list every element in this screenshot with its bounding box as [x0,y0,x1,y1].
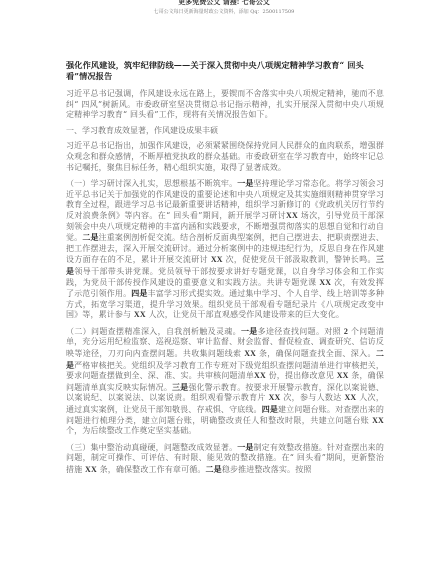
count-value: XX [372,416,384,425]
count-value: XX [134,310,146,319]
keyword: 二是 [82,232,98,242]
count-value: XX [254,371,266,380]
text: 次，促使党员干部汲取教训，警钟长鸣。 [226,255,376,264]
subsection-2-heading: （二）问题查摆精准深入，自我剖析触及灵魂。 [66,327,241,336]
count-value: XX [337,371,349,380]
keyword: 三是 [172,382,188,392]
keyword: 二是 [206,464,222,474]
count-value: XX [244,349,256,358]
keyword: 一是 [237,442,253,452]
intro-paragraph: 习近平总书记强调，作风建设永远在路上，要锲而不舍落实中央八项规定精神，驰而不息纠… [66,89,384,121]
text: 多途径查找问题。对照 [258,327,341,336]
section-1-heading: 一、学习教育成效显著，作风建设成果丰硕 [66,126,384,137]
text: 次，参与人数达 [283,393,341,402]
text: 条，确保问题查找全面、深入。 [259,349,376,358]
text: 人次，让党员干部直观感受作风建设带来的巨大变化。 [148,310,344,319]
text: 份，提出修改意见 [269,371,334,380]
section-1-lead-paragraph: 习近平总书记指出，加强作风建设，必须紧紧围绕保持党同人民群众的血肉联系，增强群众… [66,141,384,173]
count-value: XX [269,393,281,402]
count-value: XX [211,255,223,264]
keyword: 一是 [237,178,253,188]
document-title: 强化作风建设，筑牢纪律防线——关于深入贯彻中央八项规定精神学习教育“ 回头看”情… [66,60,384,82]
subsection-1-heading: （一）学习研讨深入扎实，思想根基不断筑牢。 [66,179,237,188]
document-body: 强化作风建设，筑牢纪律防线——关于深入贯彻中央八项规定精神学习教育“ 回头看”情… [66,60,384,481]
subsection-1-paragraph: （一）学习研讨深入扎实，思想根基不断筑牢。一是坚持理论学习常态化。将学习领会习近… [66,178,384,321]
keyword: 四是 [131,288,147,298]
header-promo-line: 更多免费公文 请搜: 七哥公文 [0,0,448,7]
subsection-3-heading: （三）集中整治动真碰硬，问题整改成效显著。 [66,443,237,452]
count-value: XX [344,393,356,402]
subsection-3-paragraph: （三）集中整治动真碰硬，问题整改成效显著。一是制定有效整改措施。针对查摆出来的问… [66,442,384,476]
count-value: XX [85,465,97,474]
text: 条，确保整改工作有章可循。 [100,465,206,474]
keyword: 一是 [241,326,258,336]
header-contact-line: 七哥公文每日更新海量时政公文资料，添加 Qq：2500117509 [0,8,448,15]
text: 个，为后续整改工作奠定坚实基础。 [66,426,196,435]
count-value: XX [286,211,298,220]
count-value: XX [319,278,331,287]
subsection-2-paragraph: （二）问题查摆精准深入，自我剖析触及灵魂。一是多途径查找问题。对照 2 个问题清… [66,326,384,437]
keyword: 四是 [262,404,278,414]
text: 稳步推进整改落实。按照 [222,465,312,474]
count-value: 2 [344,327,348,336]
